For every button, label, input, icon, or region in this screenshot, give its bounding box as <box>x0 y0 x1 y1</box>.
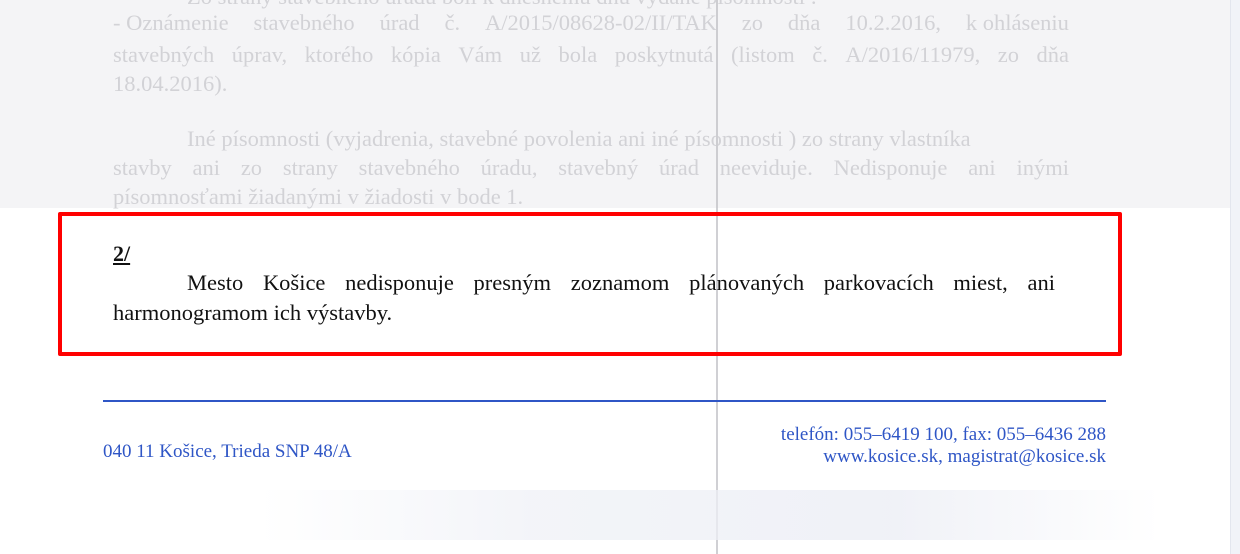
word: úradu, <box>481 155 538 181</box>
faded-line-2: stavebnýchúprav,ktoréhokópiaVámužbolapos… <box>113 42 1069 68</box>
faded-line-3: 18.04.2016). <box>113 71 227 97</box>
word: Nedisponuje <box>834 155 948 181</box>
footer-contact: telefón: 055–6419 100, fax: 055–6436 288… <box>781 424 1106 468</box>
word: č. <box>812 42 828 68</box>
word: presným <box>474 270 552 296</box>
word: ani <box>193 155 221 181</box>
word: kópia <box>391 42 441 68</box>
highlighted-text-line-1: MestoKošicenedisponujepresnýmzoznamomplá… <box>187 270 1055 296</box>
word: zoznamom <box>571 270 670 296</box>
word: - Oznámenie <box>113 10 229 36</box>
section-number: 2/ <box>113 241 130 267</box>
word: stavebný <box>558 155 638 181</box>
word: miest, <box>953 270 1007 296</box>
word: ani <box>968 155 996 181</box>
word: neeviduje. <box>720 155 813 181</box>
word: parkovacích <box>824 270 934 296</box>
word: nedisponuje <box>345 270 454 296</box>
word: už <box>520 42 541 68</box>
footer-divider <box>103 400 1106 402</box>
highlighted-text-line-2: harmonogramom ich výstavby. <box>113 300 392 326</box>
word: úrad <box>380 10 420 36</box>
word: úprav, <box>232 42 287 68</box>
word: stavebného <box>253 10 354 36</box>
faded-previous-section: Zo strany stavebného úradu boli k dnešné… <box>0 0 1230 208</box>
word: plánovaných <box>689 270 804 296</box>
word: Košice <box>263 270 325 296</box>
word: A/2016/11979, <box>845 42 980 68</box>
faded-line-5: Iné písomnosti (vyjadrenia, stavebné pov… <box>187 126 1069 152</box>
document-page: Zo strany stavebného úradu boli k dnešné… <box>0 0 1240 554</box>
faded-line-6: stavbyanizostranystavebnéhoúradu,stavebn… <box>113 155 1069 181</box>
word: inými <box>1016 155 1069 181</box>
word: 10.2.2016, <box>845 10 941 36</box>
word: stavebných <box>113 42 214 68</box>
word: úrad <box>659 155 699 181</box>
faded-line-7: písomnosťami žiadanými v žiadosti v bode… <box>113 184 523 210</box>
word: bola <box>558 42 597 68</box>
word: zo <box>742 10 763 36</box>
footer-web-email[interactable]: www.kosice.sk, magistrat@kosice.sk <box>781 446 1106 468</box>
cut-off-line: Zo strany stavebného úradu boli k dnešné… <box>113 0 817 10</box>
faded-text: Zo strany stavebného úradu boli k dnešné… <box>113 0 817 9</box>
word: zo <box>241 155 262 181</box>
scan-smudge <box>260 490 1160 540</box>
faded-line-1: - Oznámeniestavebnéhoúradč.A/2015/08628-… <box>113 10 1069 36</box>
word: zo <box>998 42 1019 68</box>
word: k ohláseniu <box>966 10 1069 36</box>
word: dňa <box>788 10 821 36</box>
word: poskytnutá <box>615 42 714 68</box>
word: ani <box>1027 270 1055 296</box>
word: č. <box>444 10 460 36</box>
footer-address: 040 11 Košice, Trieda SNP 48/A <box>103 441 352 463</box>
word: stavby <box>113 155 172 181</box>
word: A/2015/08628-02/II/TAK <box>485 10 717 36</box>
word: dňa <box>1036 42 1069 68</box>
word: stavebného <box>359 155 460 181</box>
footer-phone-fax: telefón: 055–6419 100, fax: 055–6436 288 <box>781 424 1106 446</box>
word: ktorého <box>305 42 374 68</box>
word: Vám <box>458 42 502 68</box>
word: Mesto <box>187 270 243 296</box>
page-edge <box>1230 0 1240 554</box>
word: (listom <box>731 42 795 68</box>
word: strany <box>283 155 338 181</box>
